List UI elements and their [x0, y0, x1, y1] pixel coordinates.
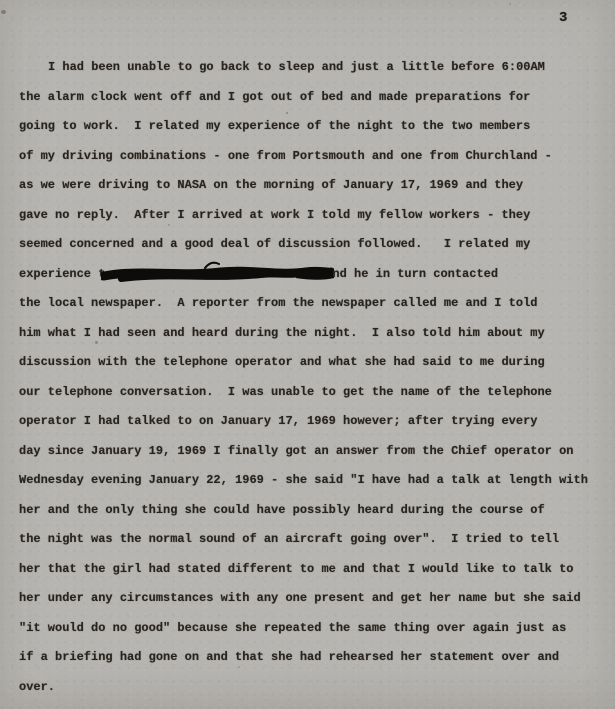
redaction-scribble [105, 267, 332, 281]
text-line: her that the girl had stated different t… [19, 555, 609, 585]
scanned-document-page: 3 I had been unable to go back to sleep … [0, 0, 615, 709]
text-line: going to work. I related my experience o… [19, 112, 609, 142]
page-number: 3 [559, 10, 567, 26]
text-line: if a briefing had gone on and that she h… [19, 643, 609, 673]
text-line-post: nd he in turn contacted [332, 267, 498, 281]
text-line: of my driving combinations - one from Po… [19, 142, 609, 172]
document-body: I had been unable to go back to sleep an… [19, 53, 609, 702]
text-line: seemed concerned and a good deal of disc… [19, 230, 609, 260]
dust-speck [509, 3, 511, 5]
text-line-pre: experience t [19, 267, 105, 281]
text-line: the night was the normal sound of an air… [19, 525, 609, 555]
text-line: I had been unable to go back to sleep an… [19, 53, 609, 83]
text-line: Wednesday evening January 22, 1969 - she… [19, 466, 609, 496]
text-line: over. [19, 673, 609, 703]
text-line: her under any circumstances with any one… [19, 584, 609, 614]
text-line: day since January 19, 1969 I finally got… [19, 437, 609, 467]
text-line: the local newspaper. A reporter from the… [19, 289, 609, 319]
dust-speck [1, 10, 6, 14]
text-line: gave no reply. After I arrived at work I… [19, 201, 609, 231]
text-line: as we were driving to NASA on the mornin… [19, 171, 609, 201]
text-line: the alarm clock went off and I got out o… [19, 83, 609, 113]
text-line: our telephone conversation. I was unable… [19, 378, 609, 408]
text-line: her and the only thing she could have po… [19, 496, 609, 526]
text-line: "it would do no good" because she repeat… [19, 614, 609, 644]
text-line: discussion with the telephone operator a… [19, 348, 609, 378]
text-line: operator I had talked to on January 17, … [19, 407, 609, 437]
text-line: experience tnd he in turn contacted [19, 260, 609, 290]
text-line: him what I had seen and heard during the… [19, 319, 609, 349]
